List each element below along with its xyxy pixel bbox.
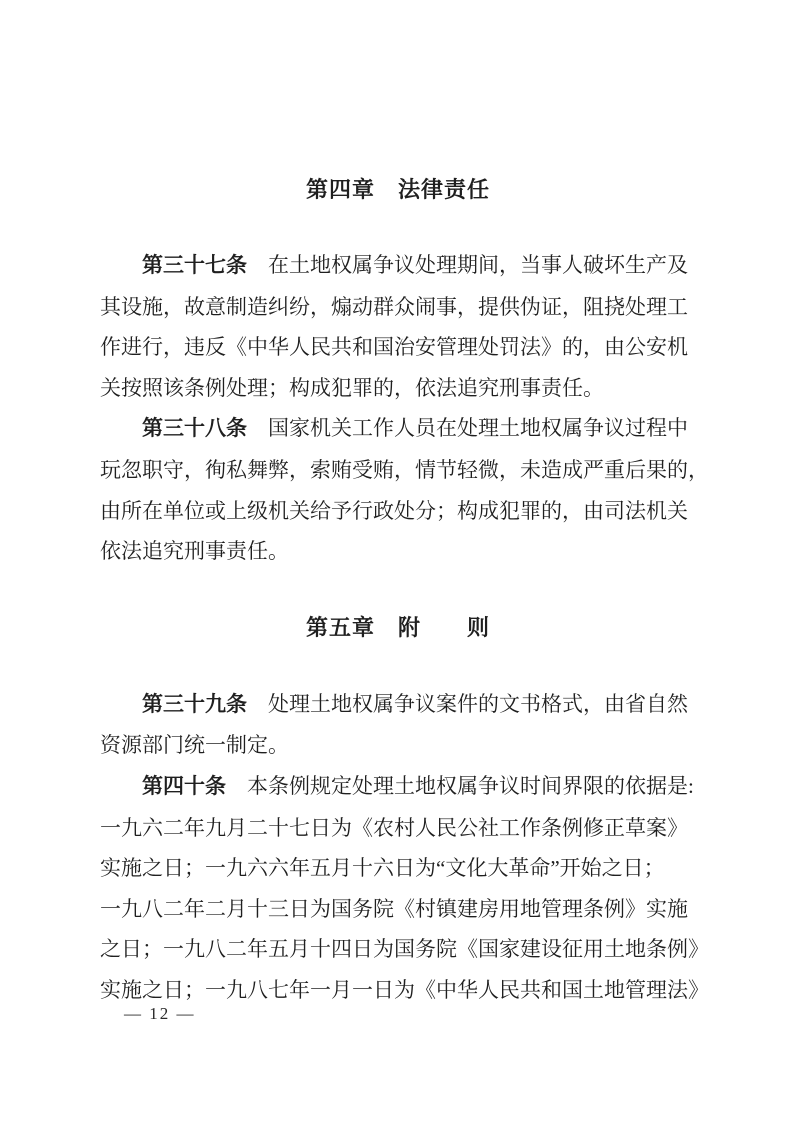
text-line: 之日；一九八二年五月十四日为国务院《国家建设征用土地条例》 xyxy=(100,929,696,970)
text-run: 由所在单位或上级机关给予行政处分；构成犯罪的，由司法机关 xyxy=(100,499,688,523)
text-run: 在土地权属争议处理期间，当事人破坏生产及 xyxy=(247,253,688,277)
article-38: 第三十八条 国家机关工作人员在处理土地权属争议过程中玩忽职守，徇私舞弊，索贿受贿… xyxy=(100,408,696,571)
text-line: 关按照该条例处理；构成犯罪的，依法追究刑事责任。 xyxy=(100,368,696,409)
text-line: 第三十八条 国家机关工作人员在处理土地权属争议过程中 xyxy=(100,408,696,450)
document-page: 第四章 法律责任第三十七条 在土地权属争议处理期间，当事人破坏生产及其设施，故意… xyxy=(0,0,794,1122)
text-line: 资源部门统一制定。 xyxy=(100,725,696,766)
text-run: 玩忽职守，徇私舞弊，索贿受贿，情节轻微，未造成严重后果的， xyxy=(100,458,709,482)
text-run: 国家机关工作人员在处理土地权属争议过程中 xyxy=(247,416,688,440)
text-run: 实施之日；一九八七年一月一日为《中华人民共和国土地管理法》 xyxy=(100,978,709,1002)
text-line: 一九八二年二月十三日为国务院《村镇建房用地管理条例》实施 xyxy=(100,889,696,930)
document-content: 第四章 法律责任第三十七条 在土地权属争议处理期间，当事人破坏生产及其设施，故意… xyxy=(100,0,696,1011)
article-number: 第四十条 xyxy=(142,775,226,798)
text-line: 一九六二年九月二十七日为《农村人民公社工作条例修正草案》 xyxy=(100,808,696,849)
text-run: 作进行，违反《中华人民共和国治安管理处罚法》的，由公安机 xyxy=(100,335,688,359)
article-37: 第三十七条 在土地权属争议处理期间，当事人破坏生产及其设施，故意制造纠纷，煽动群… xyxy=(100,245,696,408)
text-line: 其设施，故意制造纠纷，煽动群众闹事，提供伪证，阻挠处理工 xyxy=(100,287,696,328)
chapter-4-heading: 第四章 法律责任 xyxy=(100,170,696,210)
text-run: 依法追究刑事责任。 xyxy=(100,539,289,563)
chapter-5-heading: 第五章 附 则 xyxy=(100,608,696,648)
text-run: 之日；一九八二年五月十四日为国务院《国家建设征用土地条例》 xyxy=(100,937,709,961)
text-line: 第三十七条 在土地权属争议处理期间，当事人破坏生产及 xyxy=(100,245,696,287)
text-run: 实施之日；一九六六年五月十六日为“文化大革命”开始之日； xyxy=(100,856,665,880)
text-line: 第四十条 本条例规定处理土地权属争议时间界限的依据是: xyxy=(100,766,696,808)
article-number: 第三十七条 xyxy=(142,254,247,277)
text-line: 玩忽职守，徇私舞弊，索贿受贿，情节轻微，未造成严重后果的， xyxy=(100,450,696,491)
text-line: 由所在单位或上级机关给予行政处分；构成犯罪的，由司法机关 xyxy=(100,491,696,532)
article-number: 第三十八条 xyxy=(142,417,247,440)
article-39: 第三十九条 处理土地权属争议案件的文书格式，由省自然资源部门统一制定。 xyxy=(100,684,696,766)
text-run: 一九六二年九月二十七日为《农村人民公社工作条例修正草案》 xyxy=(100,816,688,840)
text-line: 第三十九条 处理土地权属争议案件的文书格式，由省自然 xyxy=(100,684,696,726)
text-run: 本条例规定处理土地权属争议时间界限的依据是: xyxy=(226,774,694,798)
text-run: 处理土地权属争议案件的文书格式，由省自然 xyxy=(247,692,688,716)
text-line: 实施之日；一九六六年五月十六日为“文化大革命”开始之日； xyxy=(100,848,696,889)
article-40: 第四十条 本条例规定处理土地权属争议时间界限的依据是:一九六二年九月二十七日为《… xyxy=(100,766,696,1011)
text-run: 资源部门统一制定。 xyxy=(100,733,289,757)
text-run: 一九八二年二月十三日为国务院《村镇建房用地管理条例》实施 xyxy=(100,897,688,921)
text-run: 其设施，故意制造纠纷，煽动群众闹事，提供伪证，阻挠处理工 xyxy=(100,295,688,319)
article-number: 第三十九条 xyxy=(142,693,247,716)
text-line: 依法追究刑事责任。 xyxy=(100,531,696,572)
text-line: 作进行，违反《中华人民共和国治安管理处罚法》的，由公安机 xyxy=(100,327,696,368)
page-number: — 12 — xyxy=(124,1004,196,1024)
text-run: 关按照该条例处理；构成犯罪的，依法追究刑事责任。 xyxy=(100,376,604,400)
